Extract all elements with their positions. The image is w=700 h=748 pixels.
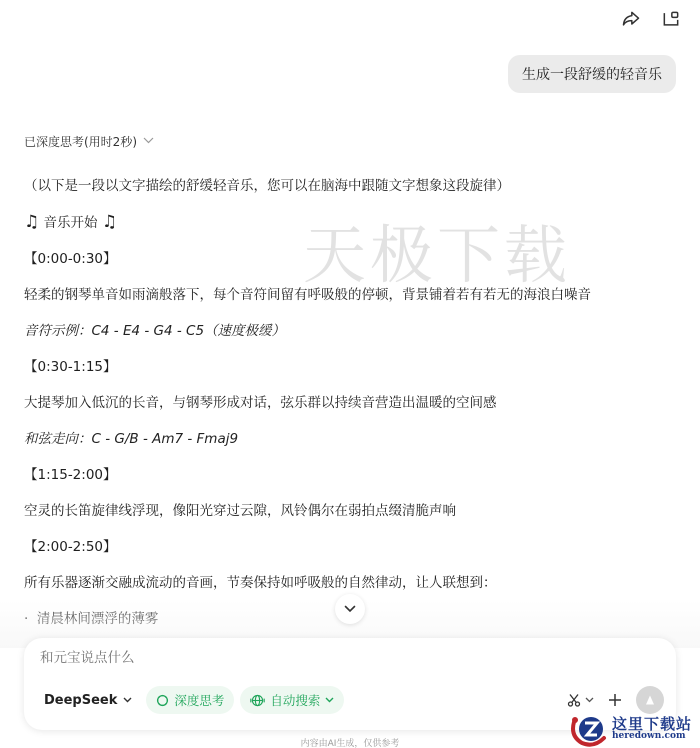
- section-note: 音符示例：C4 - E4 - G4 - C5（速度极缓）: [24, 321, 680, 341]
- assistant-answer: （以下是一段以文字描绘的舒缓轻音乐，您可以在脑海中跟随文字想象这段旋律） ♫ 音…: [24, 176, 680, 629]
- heredown-logo-icon: [568, 712, 608, 746]
- music-start-label: 音乐开始: [44, 215, 98, 231]
- scroll-to-bottom-button[interactable]: [335, 594, 365, 624]
- section-note: 和弦走向：C - G/B - Am7 - Fmaj9: [24, 429, 680, 449]
- section-text: 大提琴加入低沉的长音，与钢琴形成对话，弦乐群以持续音营造出温暖的空间感: [24, 393, 680, 413]
- section-time: 【2:00-2:50】: [24, 537, 680, 557]
- plus-icon: [608, 693, 622, 707]
- chevron-down-icon: [143, 136, 154, 147]
- new-chat-icon[interactable]: [660, 8, 682, 30]
- section-time: 【1:15-2:00】: [24, 465, 680, 485]
- section-text: 空灵的长笛旋律线浮现，像阳光穿过云隙，风铃偶尔在弱拍点缀清脆声响: [24, 501, 680, 521]
- model-label: DeepSeek: [44, 693, 117, 708]
- music-note-icon: ♫: [102, 212, 117, 232]
- composer-toolbar: DeepSeek 深度思考 自动搜索: [36, 686, 664, 714]
- message-input[interactable]: [40, 650, 640, 666]
- deep-think-toggle[interactable]: 深度思考: [146, 686, 234, 714]
- music-note-icon: ♫: [24, 212, 39, 232]
- music-start-line: ♫ 音乐开始 ♫: [24, 212, 680, 233]
- answer-intro: （以下是一段以文字描绘的舒缓轻音乐，您可以在脑海中跟随文字想象这段旋律）: [24, 176, 680, 196]
- chevron-down-icon: [123, 697, 132, 703]
- thinking-label: 已深度思考(用时2秒): [24, 133, 137, 150]
- chevron-down-icon: [585, 697, 594, 703]
- chevron-down-icon: [325, 697, 334, 703]
- send-arrow-icon: [644, 694, 656, 706]
- top-actions: [620, 8, 682, 30]
- section-text: 轻柔的钢琴单音如雨滴般落下，每个音符间留有呼吸般的停顿，背景铺着若有若无的海浪白…: [24, 285, 680, 305]
- add-attachment-button[interactable]: [608, 693, 622, 707]
- site-watermark-logo: 这里下载站 heredown.com: [568, 712, 692, 746]
- auto-search-label: 自动搜索: [270, 691, 320, 709]
- user-message-bubble: 生成一段舒缓的轻音乐: [508, 55, 676, 93]
- atom-icon: [156, 694, 169, 707]
- section-time: 【0:00-0:30】: [24, 249, 680, 269]
- section-text: 所有乐器逐渐交融成流动的音画，节奏保持如呼吸般的自然律动，让人联想到：: [24, 573, 680, 593]
- section-time: 【0:30-1:15】: [24, 357, 680, 377]
- chevron-down-icon: [344, 605, 356, 613]
- auto-search-toggle[interactable]: 自动搜索: [240, 686, 344, 714]
- deep-think-label: 深度思考: [174, 691, 224, 709]
- send-button[interactable]: [636, 686, 664, 714]
- scissors-icon: [567, 693, 581, 707]
- thinking-toggle[interactable]: 已深度思考(用时2秒): [24, 133, 154, 150]
- heredown-logo-cn: 这里下载站: [612, 716, 692, 733]
- heredown-logo-en: heredown.com: [612, 732, 692, 742]
- model-select[interactable]: DeepSeek: [36, 693, 140, 708]
- share-icon[interactable]: [620, 8, 642, 30]
- globe-icon: [250, 694, 265, 707]
- scissors-tool-button[interactable]: [567, 693, 594, 707]
